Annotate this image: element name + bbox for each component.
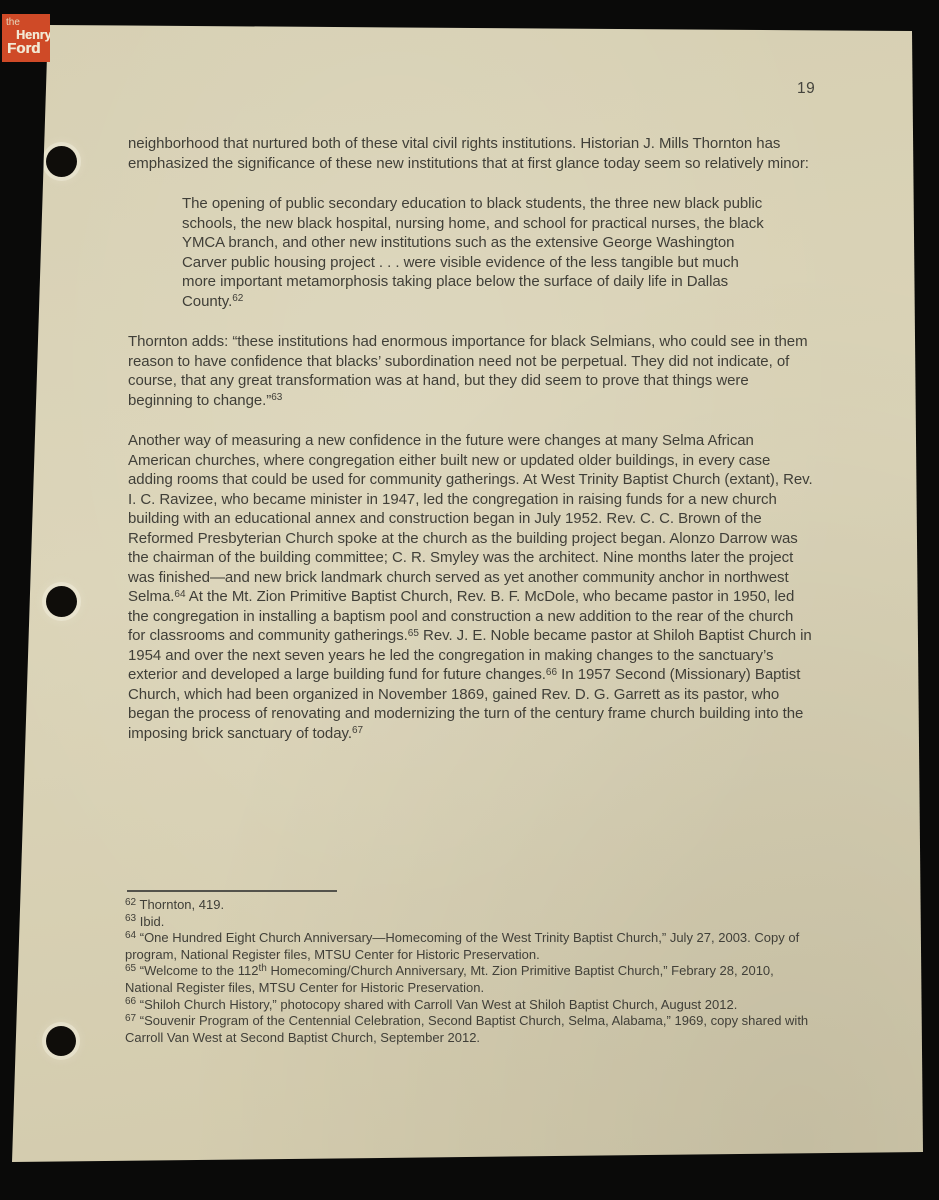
superscript-ref: th (258, 963, 266, 974)
document-body: neighborhood that nurtured both of these… (128, 134, 814, 764)
page-number: 19 (797, 80, 815, 98)
footnote: 67 “Souvenir Program of the Centennial C… (125, 1013, 817, 1046)
footnote-marker: 64 (125, 930, 136, 941)
footnote: 64 “One Hundred Eight Church Anniversary… (125, 930, 817, 963)
superscript-ref: 66 (546, 667, 557, 678)
footnote-marker: 62 (125, 897, 136, 908)
paragraph: Thornton adds: “these institutions had e… (128, 332, 814, 410)
superscript-ref: 63 (271, 392, 282, 403)
punch-hole-middle (46, 586, 77, 617)
footnote-marker: 67 (125, 1013, 136, 1024)
superscript-ref: 62 (232, 293, 243, 304)
footnote: 66 “Shiloh Church History,” photocopy sh… (125, 997, 817, 1014)
footnote-marker: 66 (125, 996, 136, 1007)
footnote-marker: 65 (125, 963, 136, 974)
footnote: 63 Ibid. (125, 914, 817, 931)
paragraph: neighborhood that nurtured both of these… (128, 134, 814, 173)
block-quote: The opening of public secondary educatio… (182, 194, 774, 311)
footnote-divider (127, 890, 337, 892)
punch-hole-bottom (46, 1026, 76, 1056)
superscript-ref: 65 (408, 628, 419, 639)
scan-backdrop: 19 neighborhood that nurtured both of th… (0, 0, 939, 1200)
superscript-ref: 64 (174, 589, 185, 600)
footnote: 65 “Welcome to the 112th Homecoming/Chur… (125, 963, 817, 996)
footnote-marker: 63 (125, 913, 136, 924)
logo-word-ford: Ford (7, 42, 50, 56)
footnote-list: 62 Thornton, 419.63 Ibid.64 “One Hundred… (125, 897, 817, 1046)
footnote: 62 Thornton, 419. (125, 897, 817, 914)
footnote-section: 62 Thornton, 419.63 Ibid.64 “One Hundred… (125, 884, 817, 1046)
henry-ford-logo: the Henry Ford (2, 14, 50, 62)
document-page: 19 neighborhood that nurtured both of th… (0, 0, 939, 1200)
superscript-ref: 67 (352, 725, 363, 736)
punch-hole-top (46, 146, 77, 177)
logo-word-the: the (6, 18, 50, 28)
paragraph: Another way of measuring a new confidenc… (128, 431, 814, 743)
